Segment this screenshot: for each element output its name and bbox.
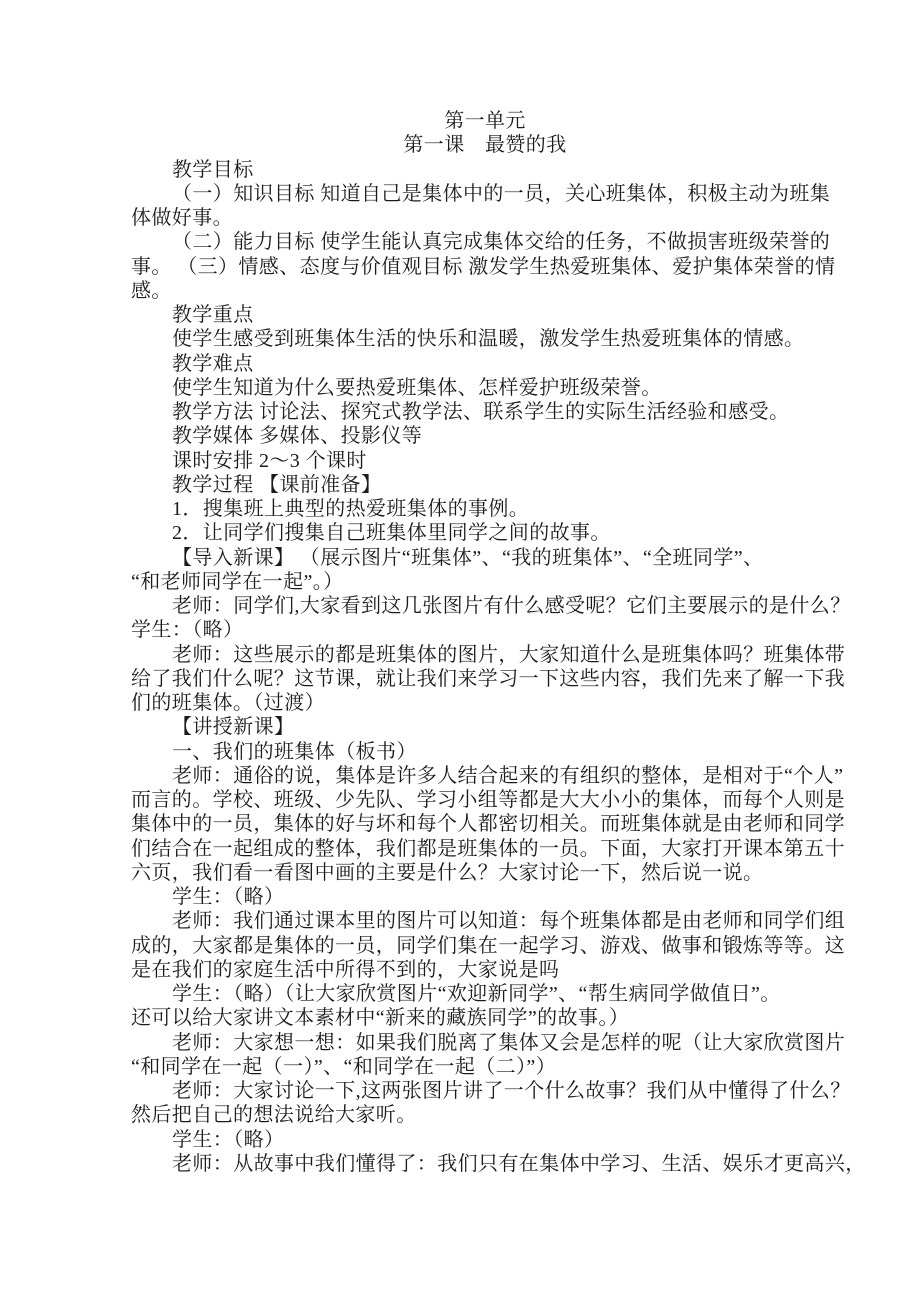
document-text-line: 学生：（略） (131, 885, 839, 909)
document-text-line: 教学媒体 多媒体、投影仪等 (131, 424, 839, 448)
document-text-line: 体做好事。 (131, 206, 839, 230)
document-text-line: 还可以给大家讲文本素材中“新来的藏族同学”的故事。） (131, 1006, 839, 1030)
document-text-line: “和同学在一起（一）”、“和同学在一起（二）”） (131, 1055, 839, 1079)
document-text-line: 成的，大家都是集体的一员，同学们集在一起学习、游戏、做事和锻炼等等。这 (131, 934, 839, 958)
document-text-line: 而言的。学校、班级、少先队、学习小组等都是大大小小的集体，而每个人则是 (131, 788, 839, 812)
document-text-line: 【导入新课】 （展示图片“班集体”、“我的班集体”、“全班同学”、 (131, 546, 839, 570)
document-text-line: （一）知识目标 知道自己是集体中的一员，关心班集体，积极主动为班集 (131, 182, 839, 206)
document-text-line: 教学方法 讨论法、探究式教学法、联系学生的实际生活经验和感受。 (131, 400, 839, 424)
document-text-line: 老师：大家想一想：如果我们脱离了集体又会是怎样的呢（让大家欣赏图片 (131, 1031, 839, 1055)
document-text-line: 老师：通俗的说，集体是许多人结合起来的有组织的整体，是相对于“个人” (131, 764, 839, 788)
document-text-line: 学生：（略） (131, 618, 839, 642)
document-text-line: 六页，我们看一看图中画的主要是什么？大家讨论一下，然后说一说。 (131, 861, 839, 885)
document-text-block: 第一单元第一课 最赞的我教学目标（一）知识目标 知道自己是集体中的一员，关心班集… (131, 109, 839, 1176)
document-text-line: 课时安排 2～3 个课时 (131, 449, 839, 473)
document-text-line: 老师：这些展示的都是班集体的图片，大家知道什么是班集体吗？班集体带 (131, 643, 839, 667)
document-text-line: 们的班集体。（过渡） (131, 691, 839, 715)
document-text-line: 使学生知道为什么要热爱班集体、怎样爱护班级荣誉。 (131, 376, 839, 400)
document-text-line: 1．搜集班上典型的热爱班集体的事例。 (131, 497, 839, 521)
document-text-line: 教学过程 【课前准备】 (131, 473, 839, 497)
document-text-line: 感。 (131, 279, 839, 303)
document-text-line: 使学生感受到班集体生活的快乐和温暖，激发学生热爱班集体的情感。 (131, 327, 839, 351)
document-text-line: 一、我们的班集体（板书） (131, 740, 839, 764)
document-text-line: 2．让同学们搜集自己班集体里同学之间的故事。 (131, 521, 839, 545)
document-text-line: 教学目标 (131, 158, 839, 182)
document-text-line: 【讲授新课】 (131, 715, 839, 739)
document-text-line: 给了我们什么呢？这节课，就让我们来学习一下这些内容，我们先来了解一下我 (131, 667, 839, 691)
document-text-line: “和老师同学在一起”。） (131, 570, 839, 594)
document-text-line: 老师：我们通过课本里的图片可以知道：每个班集体都是由老师和同学们组 (131, 909, 839, 933)
document-text-line: 学生：（略） (131, 1128, 839, 1152)
document-title-line: 第一单元 (131, 109, 839, 133)
document-text-line: 教学重点 (131, 303, 839, 327)
document-text-line: 事。 （三）情感、态度与价值观目标 激发学生热爱班集体、爱护集体荣誉的情 (131, 255, 839, 279)
document-page: 第一单元第一课 最赞的我教学目标（一）知识目标 知道自己是集体中的一员，关心班集… (0, 0, 920, 1302)
document-text-line: 是在我们的家庭生活中所得不到的，大家说是吗 (131, 958, 839, 982)
document-text-line: 教学难点 (131, 352, 839, 376)
document-text-line: 学生：（略）（让大家欣赏图片“欢迎新同学”、“帮生病同学做值日”。 (131, 982, 839, 1006)
document-text-line: （二）能力目标 使学生能认真完成集体交给的任务，不做损害班级荣誉的 (131, 230, 839, 254)
document-title-line: 第一课 最赞的我 (131, 133, 839, 157)
document-text-line: 然后把自己的想法说给大家听。 (131, 1103, 839, 1127)
document-text-line: 集体中的一员，集体的好与坏和每个人都密切相关。而班集体就是由老师和同学 (131, 812, 839, 836)
document-text-line: 老师：从故事中我们懂得了：我们只有在集体中学习、生活、娱乐才更高兴， (131, 1152, 839, 1176)
document-text-line: 老师：大家讨论一下,这两张图片讲了一个什么故事？我们从中懂得了什么？ (131, 1079, 839, 1103)
document-text-line: 们结合在一起组成的整体，我们都是班集体的一员。下面，大家打开课本第五十 (131, 837, 839, 861)
document-text-line: 老师：同学们,大家看到这几张图片有什么感受呢？它们主要展示的是什么？ (131, 594, 839, 618)
